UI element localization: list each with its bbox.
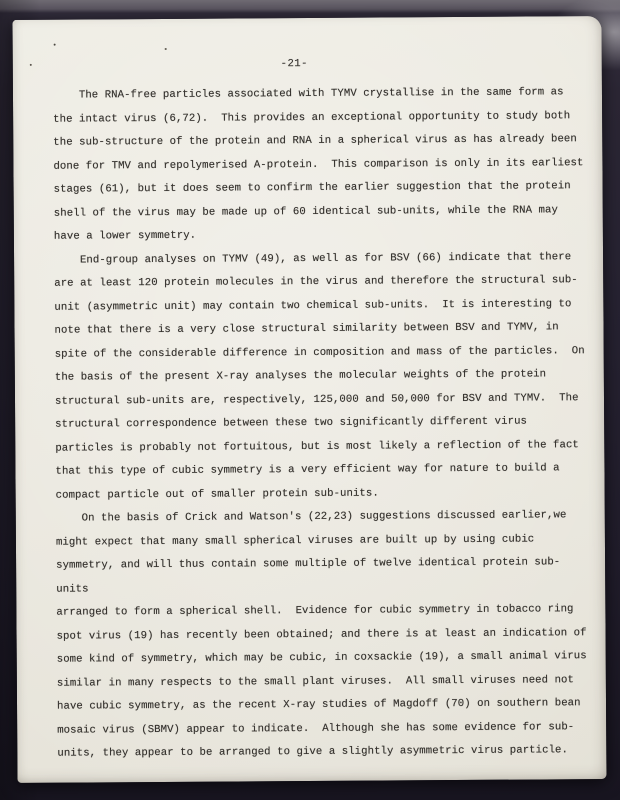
paper-speck — [165, 48, 167, 50]
paragraph-3: On the basis of Crick and Watson's (22,2… — [56, 504, 591, 766]
paragraph-1: The RNA-free particles associated with T… — [53, 81, 587, 249]
page-text-block: The RNA-free particles associated with T… — [53, 81, 591, 766]
document-page: -21- The RNA-free particles associated w… — [12, 16, 606, 783]
scan-background: -21- The RNA-free particles associated w… — [0, 0, 620, 800]
paragraph-2: End-group analyses on TYMV (49), as well… — [54, 246, 589, 508]
page-number: -21- — [0, 51, 589, 78]
paper-speck — [54, 44, 56, 46]
